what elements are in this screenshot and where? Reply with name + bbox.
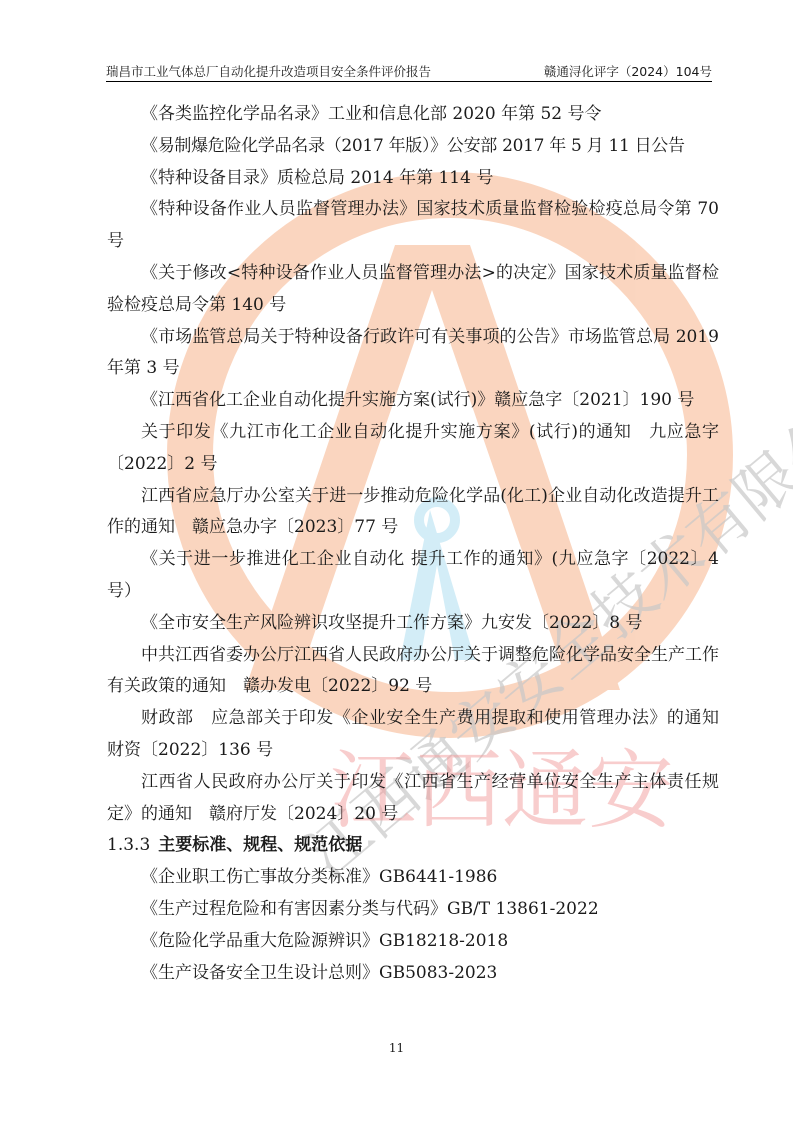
regulation-item: 《各类监控化学品名录》工业和信息化部 2020 年第 52 号令 (107, 99, 719, 131)
standard-item: 《生产过程危险和有害因素分类与代码》GB/T 13861-2022 (107, 894, 719, 926)
regulation-item: 《市场监管总局关于特种设备行政许可有关事项的公告》市场监管总局 2019 年第 … (107, 322, 719, 386)
regulation-item: 《江西省化工企业自动化提升实施方案(试行)》赣应急字〔2021〕190 号 (107, 385, 719, 417)
report-title: 瑞昌市工业气体总厂自动化提升改造项目安全条件评价报告 (106, 63, 431, 81)
regulation-item: 关于印发《九江市化工企业自动化提升实施方案》(试行)的通知 九应急字〔2022〕… (107, 417, 719, 481)
report-number: 赣通浔化评字（2024）104号 (544, 63, 712, 81)
regulation-item: 江西省人民政府办公厅关于印发《江西省生产经营单位安全生产主体责任规定》的通知 赣… (107, 767, 719, 831)
regulation-item: 财政部 应急部关于印发《企业安全生产费用提取和使用管理办法》的通知 财资〔202… (107, 703, 719, 767)
regulation-item: 《易制爆危险化学品名录（2017 年版）》公安部 2017 年 5 月 11 日… (107, 131, 719, 163)
page-header: 瑞昌市工业气体总厂自动化提升改造项目安全条件评价报告 赣通浔化评字（2024）1… (106, 63, 712, 82)
regulation-item: 《关于修改<特种设备作业人员监督管理办法>的决定》国家技术质量监督检验检疫总局令… (107, 258, 719, 322)
regulation-item: 《特种设备目录》质检总局 2014 年第 114 号 (107, 163, 719, 195)
document-body: 《各类监控化学品名录》工业和信息化部 2020 年第 52 号令 《易制爆危险化… (107, 99, 719, 989)
standard-item: 《生产设备安全卫生设计总则》GB5083-2023 (107, 958, 719, 990)
regulation-item: 《关于进一步推进化工企业自动化 提升工作的通知》(九应急字〔2022〕4 号） (107, 544, 719, 608)
standard-item: 《企业职工伤亡事故分类标准》GB6441-1986 (107, 862, 719, 894)
regulation-item: 中共江西省委办公厅江西省人民政府办公厅关于调整危险化学品安全生产工作有关政策的通… (107, 640, 719, 704)
section-heading: 1.3.3主要标准、规程、规范依据 (107, 830, 719, 862)
regulation-item: 《特种设备作业人员监督管理办法》国家技术质量监督检验检疫总局令第 70 号 (107, 194, 719, 258)
regulation-item: 《全市安全生产风险辨识攻坚提升工作方案》九安发〔2022〕8 号 (107, 608, 719, 640)
standard-item: 《危险化学品重大危险源辨识》GB18218-2018 (107, 926, 719, 958)
page-number: 11 (0, 1041, 793, 1055)
regulation-item: 江西省应急厅办公室关于进一步推动危险化学品(化工)企业自动化改造提升工作的通知 … (107, 481, 719, 545)
section-title: 主要标准、规程、规范依据 (158, 835, 362, 855)
section-number: 1.3.3 (107, 835, 150, 855)
